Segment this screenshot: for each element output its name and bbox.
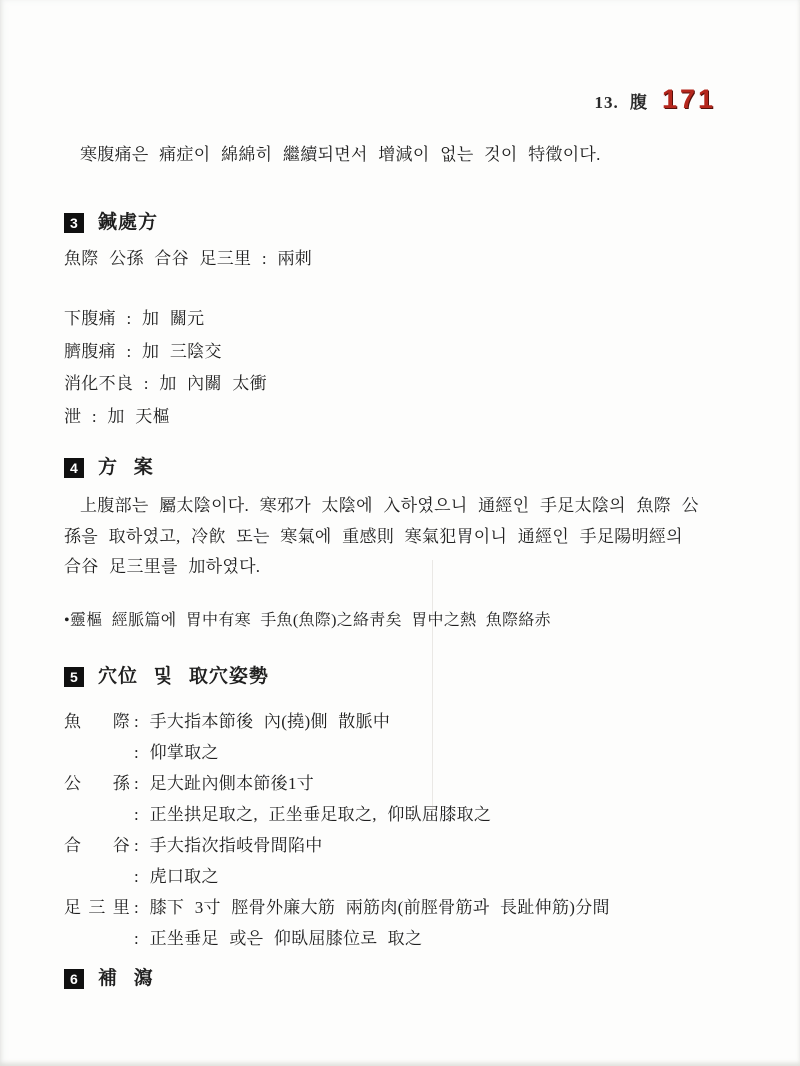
section-5-number-badge: 5 [64,667,84,687]
plan-paragraph: 上腹部는 屬太陰이다. 寒邪가 太陰에 入하였으니 通經인 手足太陰의 魚際 公… [64,491,716,583]
paragraph-line: 孫을 取하였고, 冷飮 또는 寒氣에 重感則 寒氣犯胃이니 通經인 手足陽明經의 [64,522,716,553]
intro-paragraph: 寒腹痛은 痛症이 綿綿히 繼續되면서 增減이 없는 것이 特徵이다. [64,144,716,166]
acupoint-name: 足三里 [64,892,130,923]
addition-line: 臍腹痛 : 加 三陰交 [64,336,716,369]
acupoint-posture: : 正坐垂足 或은 仰臥屈膝位로 取之 [134,929,422,948]
addition-line: 泄 : 加 天樞 [64,401,716,434]
section-3-header: 3 鍼處方 [64,212,716,234]
section-6-number-badge: 6 [64,969,84,989]
acupoint-posture-line: : 正坐垂足 或은 仰臥屈膝位로 取之 [64,923,716,954]
section-3-number-badge: 3 [64,213,84,233]
section-4-header: 4 方 案 [64,457,716,479]
book-page: 13. 腹171 寒腹痛은 痛症이 綿綿히 繼續되면서 增減이 없는 것이 特徵… [0,0,800,1066]
section-4-title: 方 案 [98,457,154,479]
acupoint-name: 魚 際 [64,706,130,737]
acupoint-location: : 足大趾內側本節後1寸 [134,774,314,793]
section-5-header: 5 穴位 및 取穴姿勢 [64,666,716,688]
acupoint-location-line: 公 孫: 足大趾內側本節後1寸 [64,768,716,799]
paragraph-line: 上腹部는 屬太陰이다. 寒邪가 太陰에 入하였으니 通經인 手足太陰의 魚際 公 [64,491,716,522]
acupoint-location-line: 足三里: 膝下 3寸 脛骨外廉大筋 兩筋肉(前脛骨筋과 長趾伸筋)分間 [64,892,716,923]
acupoint-posture: : 正坐拱足取之, 正坐垂足取之, 仰臥屈膝取之 [134,805,491,824]
addition-line: 下腹痛 : 加 關元 [64,303,716,336]
paragraph-line: 合谷 足三里를 加하였다. [64,552,716,583]
acupoint-list: 魚 際: 手大指本節後 內(撓)側 散脈中 : 仰掌取之 公 孫: 足大趾內側本… [64,706,716,954]
prescription-line: 魚際 公孫 合谷 足三里 : 兩刺 [64,248,716,269]
section-5-title: 穴位 및 取穴姿勢 [98,666,269,688]
scan-artifact-line [432,560,433,820]
acupoint-name: 公 孫 [64,768,130,799]
classic-citation-note: •靈樞 經脈篇에 胃中有寒 手魚(魚際)之絡靑矣 胃中之熱 魚際絡赤 [64,610,716,631]
acupoint-name: 合 谷 [64,830,130,861]
acupoint-location: : 手大指本節後 內(撓)側 散脈中 [134,712,390,731]
acupoint-location: : 膝下 3寸 脛骨外廉大筋 兩筋肉(前脛骨筋과 長趾伸筋)分間 [134,898,610,917]
additions-list: 下腹痛 : 加 關元 臍腹痛 : 加 三陰交 消化不良 : 加 內關 太衝 泄 … [64,303,716,433]
section-6-header: 6 補 瀉 [64,968,716,990]
acupoint-location-line: 魚 際: 手大指本節後 內(撓)側 散脈中 [64,706,716,737]
acupoint-posture-line: : 虎口取之 [64,861,716,892]
page-header: 13. 腹171 [64,0,716,116]
addition-line: 消化不良 : 加 內關 太衝 [64,368,716,401]
acupoint-posture: : 仰掌取之 [134,743,219,762]
acupoint-posture: : 虎口取之 [134,867,219,886]
page-number: 171 [662,84,716,114]
acupoint-posture-line: : 仰掌取之 [64,737,716,768]
acupoint-location-line: 合 谷: 手大指次指岐骨間陷中 [64,830,716,861]
section-6-title: 補 瀉 [98,968,154,990]
section-4-number-badge: 4 [64,458,84,478]
section-3-title: 鍼處方 [98,212,158,234]
chapter-label: 13. 腹 [594,93,648,112]
acupoint-posture-line: : 正坐拱足取之, 正坐垂足取之, 仰臥屈膝取之 [64,799,716,830]
acupoint-location: : 手大指次指岐骨間陷中 [134,836,323,855]
